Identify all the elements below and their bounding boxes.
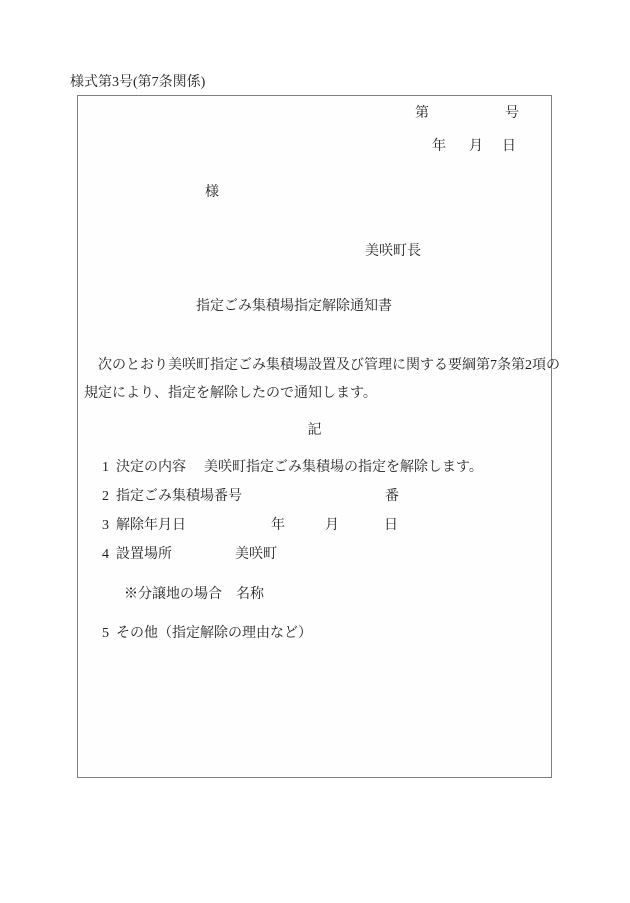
- doc-number-prefix: 第: [415, 104, 429, 124]
- item-4-number: 4: [102, 545, 109, 565]
- note-value: 名称: [236, 585, 264, 605]
- document-title: 指定ごみ集積場指定解除通知書: [196, 297, 392, 317]
- item-3-year-label: 年: [271, 516, 285, 536]
- sender-name: 美咲町長: [365, 242, 421, 262]
- list-item-5: 5 その他（指定解除の理由など）: [78, 624, 551, 644]
- item-1-label: 決定の内容: [116, 458, 186, 478]
- list-item-4: 4 設置場所 美咲町: [78, 545, 551, 565]
- list-item-2: 2 指定ごみ集積場番号 番: [78, 487, 551, 507]
- item-5-number: 5: [102, 624, 109, 644]
- item-1-number: 1: [102, 458, 109, 478]
- item-3-month-label: 月: [325, 516, 339, 536]
- item-2-unit-label: 番: [385, 487, 399, 507]
- list-header-ki: 記: [78, 421, 551, 441]
- item-2-label: 指定ごみ集積場番号: [116, 487, 242, 507]
- item-3-number: 3: [102, 516, 109, 536]
- list-item-1: 1 決定の内容 美咲町指定ごみ集積場の指定を解除します。: [78, 458, 551, 478]
- item-1-value: 美咲町指定ごみ集積場の指定を解除します。: [204, 458, 483, 478]
- item-4-value: 美咲町: [235, 545, 277, 565]
- form-number-label: 様式第3号(第7条関係): [70, 73, 205, 93]
- item-2-number: 2: [102, 487, 109, 507]
- document-page: 様式第3号(第7条関係) 第 号 年 月 日 様 美咲町長 指定ごみ集積場指定解…: [0, 0, 630, 903]
- list-item-3: 3 解除年月日 年 月 日: [78, 516, 551, 536]
- note-label: ※分譲地の場合: [124, 585, 222, 605]
- body-paragraph-line1: 次のとおり美咲町指定ごみ集積場設置及び管理に関する要綱第7条第2項の: [98, 356, 560, 376]
- date-month-label: 月: [469, 137, 483, 157]
- item-3-day-label: 日: [384, 516, 398, 536]
- subdivision-note: ※分譲地の場合 名称: [78, 585, 551, 605]
- date-day-label: 日: [502, 137, 516, 157]
- date-year-label: 年: [432, 137, 446, 157]
- addressee-honorific: 様: [205, 183, 219, 203]
- item-5-label: その他（指定解除の理由など）: [116, 624, 312, 644]
- item-3-label: 解除年月日: [116, 516, 186, 536]
- body-paragraph-line2: 規定により、指定を解除したので通知します。: [84, 384, 377, 404]
- doc-number-suffix: 号: [505, 104, 519, 124]
- item-4-label: 設置場所: [116, 545, 172, 565]
- document-frame: 第 号 年 月 日 様 美咲町長 指定ごみ集積場指定解除通知書 次のとおり美咲町…: [77, 95, 552, 778]
